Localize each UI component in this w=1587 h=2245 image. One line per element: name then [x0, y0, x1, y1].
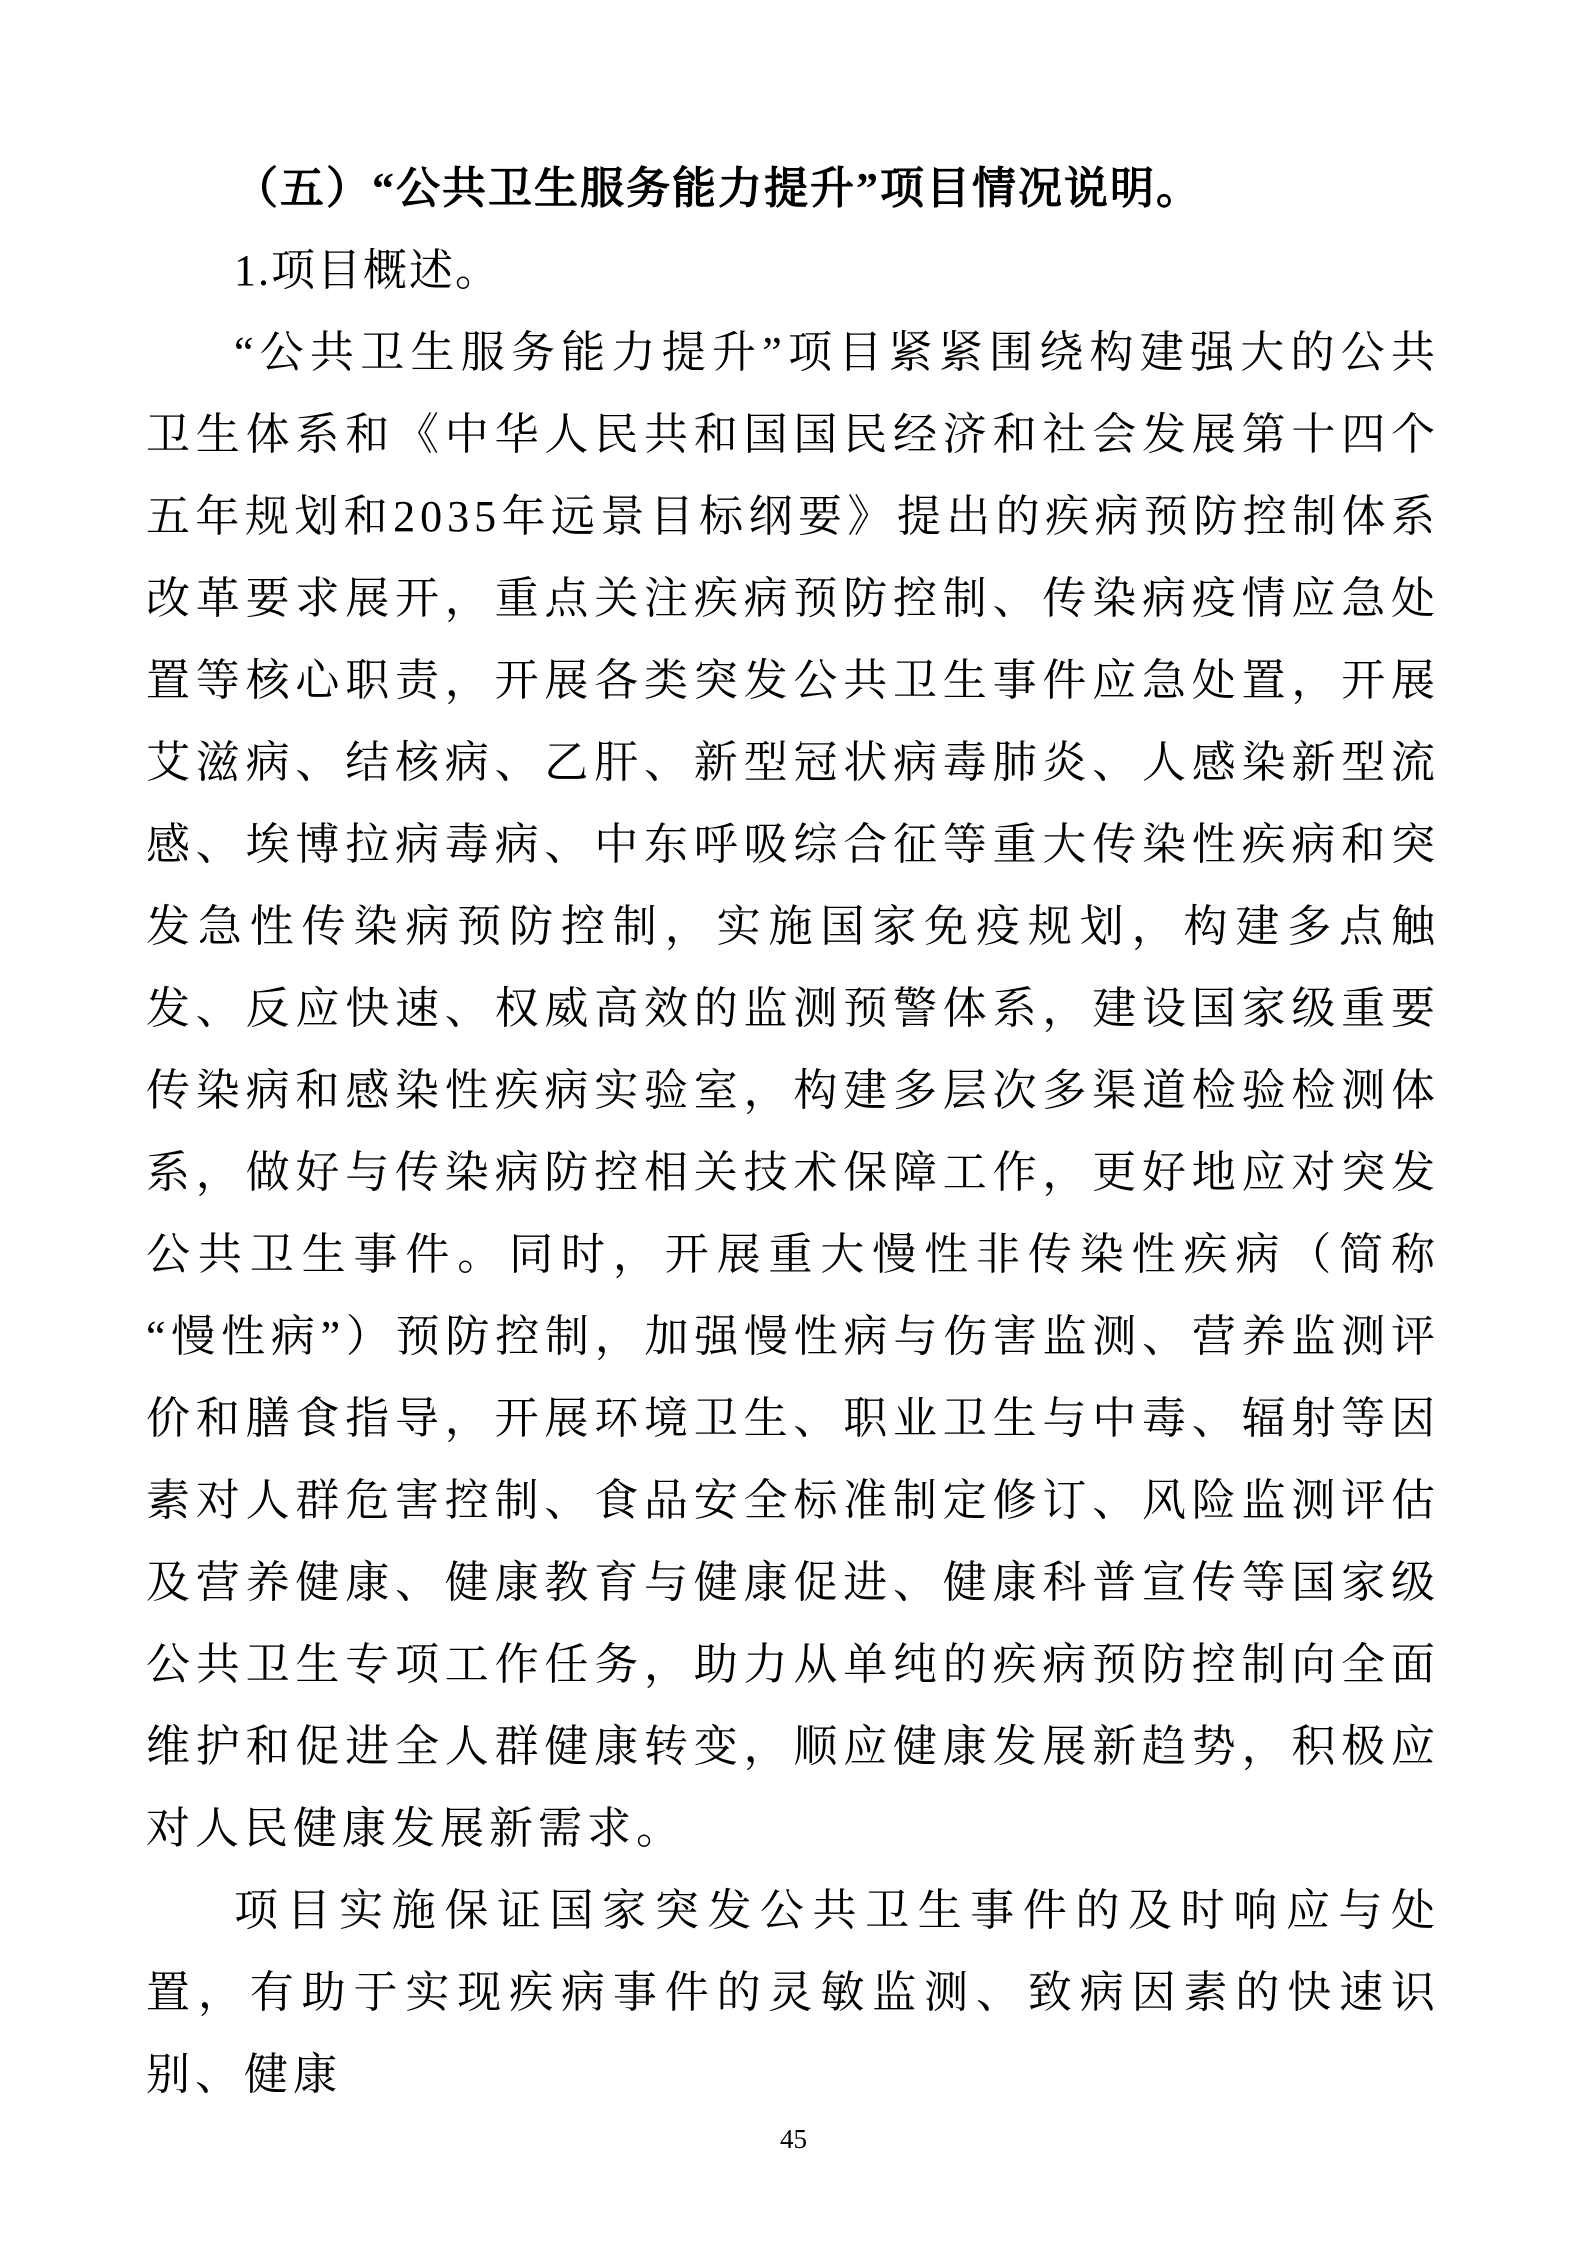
section-heading: （五）“公共卫生服务能力提升”项目情况说明。	[146, 148, 1440, 230]
body-paragraph-1: “公共卫生服务能力提升”项目紧紧围绕构建强大的公共卫生体系和《中华人民共和国国民…	[146, 312, 1440, 1870]
body-paragraph-2: 项目实施保证国家突发公共卫生事件的及时响应与处置，有助于实现疾病事件的灵敏监测、…	[146, 1870, 1440, 2116]
page-footer: 45	[0, 2123, 1587, 2155]
document-page: （五）“公共卫生服务能力提升”项目情况说明。 1.项目概述。 “公共卫生服务能力…	[146, 148, 1440, 2116]
subsection-heading: 1.项目概述。	[146, 230, 1440, 312]
page-number: 45	[780, 2124, 807, 2154]
